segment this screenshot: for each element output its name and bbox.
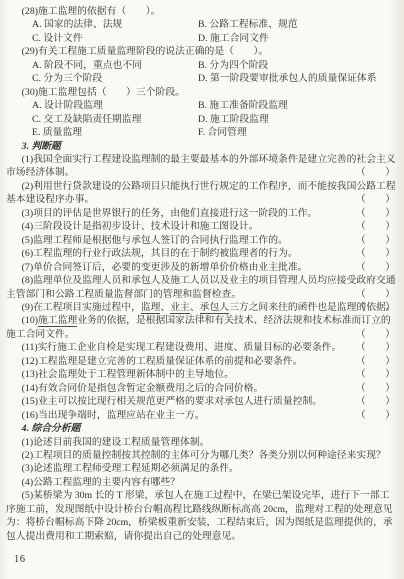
text-segment: (15)业主可以按比现行相关规范更严格的要求对承包人进行质量控制。 xyxy=(22,396,322,407)
underlined-term: 承包人 xyxy=(200,302,229,314)
answer-bracket: （ ） xyxy=(356,382,395,395)
underlined-term: 监理 xyxy=(141,302,161,314)
analysis-section-heading: 4. 综合分析题 xyxy=(6,422,398,435)
answer-bracket: （ ） xyxy=(356,166,395,179)
judgement-text: (1)我国全面实行工程建设监理制的最主要最基本的外部环境条件是建立完善的社会主义… xyxy=(6,154,396,178)
analysis-item: (5)某桥梁为 30m 长的 T 形梁，承包人在施工过程中，在梁已架设完毕，进行… xyxy=(6,489,398,543)
option: D. 施工阶段监理 xyxy=(198,113,269,126)
judgement-text: (8)监理单位及监理人员和承包人及施工人员以及业主的项目管理人员均应接受政府交通… xyxy=(6,275,396,299)
judgement-text: (10)施工监理业务的依据，是根据国家法律和有关技术、经济法规和技术标准而订立的… xyxy=(6,315,391,339)
judgement-text: (16)当出现争端时，监理应站在业主一方。 xyxy=(22,410,205,421)
answer-bracket: （ ） xyxy=(356,355,395,368)
analysis-item: (3)论述监理工程师受理工程延期必须满足的条件。 xyxy=(6,462,398,475)
analysis-item: (2)工程项目的质量控制按其控制的主体可分为哪几类？各类分别以何种途径来实现？ xyxy=(6,449,398,462)
answer-bracket: （ ） xyxy=(356,301,395,314)
answer-bracket: （ ） xyxy=(356,409,395,422)
judgement-item: (8)监理单位及监理人员和承包人及施工人员以及业主的项目管理人员均应接受政府交通… xyxy=(6,274,398,301)
answer-bracket: （ ） xyxy=(356,207,395,220)
text-segment: (1)我国全面实行工程建设监理制的最主要最基本的外部环境条件是建立完善的社会主义… xyxy=(6,154,396,178)
judgement-text: (14)有效合同价是指包含暂定金额费用之后的合同价格。 xyxy=(22,383,264,394)
text-segment: (11)实行施工企业自检是实现工程建设费用、进度、质量目标的必要条件。 xyxy=(22,342,342,353)
text-segment: (5)监理工程师是根据他与承包人签订的合同执行监理工作的。 xyxy=(22,235,288,246)
option: C. 分为三个阶段 xyxy=(32,72,198,85)
text-segment: (12)工程监理是建立完善的工程质量保证体系的前提和必要条件。 xyxy=(22,356,303,367)
answer-bracket: （ ） xyxy=(356,368,395,381)
option: C. 设计文件 xyxy=(32,32,198,45)
question-stem: (30)施工监理包括（ ）三个阶段。 xyxy=(6,86,398,99)
option-row: A. 设计阶段监理B. 施工准备阶段监理 xyxy=(32,99,398,112)
judgement-item: (3)项目的评估是世界银行的任务，由他们直接进行这一阶段的工作。（ ） xyxy=(6,207,398,220)
judgement-text: (7)单价合同签订后，必要的变更涉及的新增单价价格由业主批准。 xyxy=(22,262,308,273)
judgement-item: (10)施工监理业务的依据，是根据国家法律和有关技术、经济法规和技术标准而订立的… xyxy=(6,314,398,341)
text-segment: (3)项目的评估是世界银行的任务，由他们直接进行这一阶段的工作。 xyxy=(22,208,318,219)
judgement-text: (15)业主可以按比现行相关规范更严格的要求对承包人进行质量控制。 xyxy=(22,396,322,407)
answer-bracket: （ ） xyxy=(356,288,395,301)
option-row: A. 国家的法律、法规B. 公路工程标准、规范 xyxy=(32,18,398,31)
judgement-item: (14)有效合同价是指包含暂定金额费用之后的合同价格。（ ） xyxy=(6,382,398,395)
judgement-text: (12)工程监理是建立完善的工程质量保证体系的前提和必要条件。 xyxy=(22,356,303,367)
answer-bracket: （ ） xyxy=(356,247,395,260)
option-row: A. 阶段不同，重点也不同B. 分为四个阶段 xyxy=(32,59,398,72)
option-row: C. 分为三个阶段D. 第一阶段要审批承包人的质量保证体系 xyxy=(32,72,398,85)
text-segment: (8)监理单位及监理人员和承包人及施工人员以及业主的项目管理人员均应接受政府交通… xyxy=(6,275,396,299)
option-row: E. 质量监理F. 合同管理 xyxy=(32,126,398,139)
judgement-text: (11)实行施工企业自检是实现工程建设费用、进度、质量目标的必要条件。 xyxy=(22,342,342,353)
judgement-text: (6)工程监理的行业行政法规，其目的在于制约被监理者的行为。 xyxy=(22,248,298,259)
text-segment: 、 xyxy=(190,302,200,313)
option: C. 交工及缺陷责任期监理 xyxy=(32,113,198,126)
option: A. 阶段不同，重点也不同 xyxy=(32,59,198,72)
judgement-item: (9)在工程项目实施过程中，监理、业主、承包人三方之间来往的函件也是监理的依据。… xyxy=(6,301,398,314)
analysis-item: (4)公路工程监理的主要内容有哪些？ xyxy=(6,476,398,489)
option: D. 第一阶段要审批承包人的质量保证体系 xyxy=(198,72,377,85)
option: D. 施工合同文件 xyxy=(198,32,269,45)
text-segment: (16)当出现争端时，监理应站在业主一方。 xyxy=(22,410,205,421)
option: A. 设计阶段监理 xyxy=(32,99,198,112)
text-segment: (13)社会监理处于工程管理新体制中的主导地位。 xyxy=(22,369,234,380)
exam-page-scan: (28)施工监理的依据有（ ）。A. 国家的法律、法规B. 公路工程标准、规范C… xyxy=(0,0,404,579)
judgement-text: (5)监理工程师是根据他与承包人签订的合同执行监理工作的。 xyxy=(22,235,288,246)
text-segment: (7)单价合同签订后，必要的变更涉及的新增单价价格由业主批准。 xyxy=(22,262,308,273)
text-segment: (6)工程监理的行业行政法规，其目的在于制约被监理者的行为。 xyxy=(22,248,298,259)
judgement-item: (12)工程监理是建立完善的工程质量保证体系的前提和必要条件。（ ） xyxy=(6,355,398,368)
judgement-item: (6)工程监理的行业行政法规，其目的在于制约被监理者的行为。（ ） xyxy=(6,247,398,260)
answer-bracket: （ ） xyxy=(356,193,395,206)
answer-bracket: （ ） xyxy=(356,341,395,354)
text-segment: (2)利用世行贷款建设的公路项目只能执行世行规定的工作程序，而不能按我国公路工程… xyxy=(6,181,396,205)
judgement-text: (3)项目的评估是世界银行的任务，由他们直接进行这一阶段的工作。 xyxy=(22,208,318,219)
judgement-item: (5)监理工程师是根据他与承包人签订的合同执行监理工作的。（ ） xyxy=(6,234,398,247)
judgement-text: (2)利用世行贷款建设的公路项目只能执行世行规定的工作程序，而不能按我国公路工程… xyxy=(6,181,396,205)
judgement-item: (7)单价合同签订后，必要的变更涉及的新增单价价格由业主批准。（ ） xyxy=(6,261,398,274)
judgement-text: (4)三阶段设计是指初步设计、技术设计和施工图设计。 xyxy=(22,221,259,232)
judgement-text: (9)在工程项目实施过程中，监理、业主、承包人三方之间来往的函件也是监理的依据。 xyxy=(22,302,396,314)
text-segment: (4)三阶段设计是指初步设计、技术设计和施工图设计。 xyxy=(22,221,259,232)
judgement-item: (11)实行施工企业自检是实现工程建设费用、进度、质量目标的必要条件。（ ） xyxy=(6,341,398,354)
text-segment: 、 xyxy=(160,302,170,313)
text-segment: (14)有效合同价是指包含暂定金额费用之后的合同价格。 xyxy=(22,383,264,394)
judgement-text: (13)社会监理处于工程管理新体制中的主导地位。 xyxy=(22,369,234,380)
option: F. 合同管理 xyxy=(198,126,247,139)
text-segment: (10) xyxy=(22,315,38,326)
judgement-item: (1)我国全面实行工程建设监理制的最主要最基本的外部环境条件是建立完善的社会主义… xyxy=(6,153,398,180)
answer-bracket: （ ） xyxy=(356,261,395,274)
analysis-item: (1)论述目前我国的建设工程质量管理体制。 xyxy=(6,436,398,449)
judgement-item: (2)利用世行贷款建设的公路项目只能执行世行规定的工作程序，而不能按我国公路工程… xyxy=(6,180,398,207)
judgement-section-heading: 3. 判断题 xyxy=(6,140,398,153)
page-number: 16 xyxy=(14,553,398,566)
analysis-section: (1)论述目前我国的建设工程质量管理体制。(2)工程项目的质量控制按其控制的主体… xyxy=(6,436,398,544)
multiple-choice-section: (28)施工监理的依据有（ ）。A. 国家的法律、法规B. 公路工程标准、规范C… xyxy=(6,5,398,140)
judgement-section: (1)我国全面实行工程建设监理制的最主要最基本的外部环境条件是建立完善的社会主义… xyxy=(6,153,398,422)
underlined-term: 施工监理 xyxy=(38,315,77,327)
underlined-term: 业主 xyxy=(170,302,190,314)
option: B. 分为四个阶段 xyxy=(198,59,268,72)
option: E. 质量监理 xyxy=(32,126,198,139)
judgement-item: (16)当出现争端时，监理应站在业主一方。（ ） xyxy=(6,409,398,422)
judgement-item: (4)三阶段设计是指初步设计、技术设计和施工图设计。（ ） xyxy=(6,220,398,233)
option-row: C. 设计文件D. 施工合同文件 xyxy=(32,32,398,45)
answer-bracket: （ ） xyxy=(356,234,395,247)
judgement-item: (15)业主可以按比现行相关规范更严格的要求对承包人进行质量控制。（ ） xyxy=(6,395,398,408)
answer-bracket: （ ） xyxy=(356,220,395,233)
option-row: C. 交工及缺陷责任期监理D. 施工阶段监理 xyxy=(32,113,398,126)
answer-bracket: （ ） xyxy=(356,328,395,341)
question-stem: (28)施工监理的依据有（ ）。 xyxy=(6,5,398,18)
text-segment: (9)在工程项目实施过程中， xyxy=(22,302,141,313)
answer-bracket: （ ） xyxy=(356,395,395,408)
option: A. 国家的法律、法规 xyxy=(32,18,198,31)
question-stem: (29)有关工程施工质量监理阶段的说法正确的是（ ）。 xyxy=(6,45,398,58)
judgement-item: (13)社会监理处于工程管理新体制中的主导地位。（ ） xyxy=(6,368,398,381)
option: B. 施工准备阶段监理 xyxy=(198,99,288,112)
option: B. 公路工程标准、规范 xyxy=(198,18,298,31)
